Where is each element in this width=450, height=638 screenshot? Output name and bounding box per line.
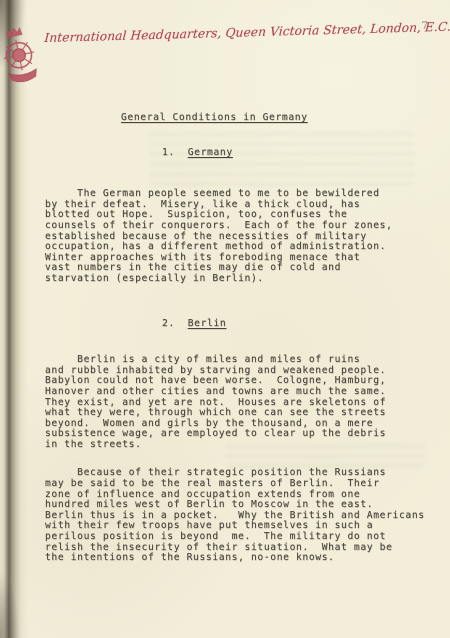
letterhead-address: International Headquarters, Queen Victor… <box>44 21 417 45</box>
typed-line: in the streets. <box>45 440 440 451</box>
document-sections: 1. Germany The German people seemed to m… <box>45 148 440 564</box>
document-title: General Conditions in Germany <box>121 113 440 124</box>
typed-line: Hanover and other cities and towns are m… <box>45 387 440 398</box>
section-title: Germany <box>188 147 233 158</box>
typed-line: starvation (especially in Berlin). <box>45 274 440 285</box>
page-number: 7 <box>421 20 428 32</box>
section-heading: 1. Germany <box>162 148 440 159</box>
typed-line: the intentions of the Russians, no-one k… <box>45 553 440 564</box>
section-number: 1. <box>162 147 188 158</box>
document-section: 2. Berlin Berlin is a city of miles and … <box>45 319 440 564</box>
typed-line: counsels of their conquerors. Each of th… <box>45 221 440 232</box>
section-title: Berlin <box>188 318 227 329</box>
paragraph: Berlin is a city of miles and miles of r… <box>45 355 440 450</box>
salvation-army-crest-icon <box>0 23 44 87</box>
scanned-letter-page: International Headquarters, Queen Victor… <box>0 0 450 638</box>
typed-body: General Conditions in Germany 1. Germany… <box>45 113 440 564</box>
paragraph: Because of their strategic position the … <box>45 468 440 563</box>
gutter-bottom-shadow <box>0 518 40 638</box>
document-section: 1. Germany The German people seemed to m… <box>45 148 440 285</box>
section-number: 2. <box>162 318 188 329</box>
section-heading: 2. Berlin <box>162 319 440 330</box>
paragraph: The German people seemed to me to be bew… <box>45 189 440 284</box>
book-gutter-shadow <box>0 0 30 638</box>
